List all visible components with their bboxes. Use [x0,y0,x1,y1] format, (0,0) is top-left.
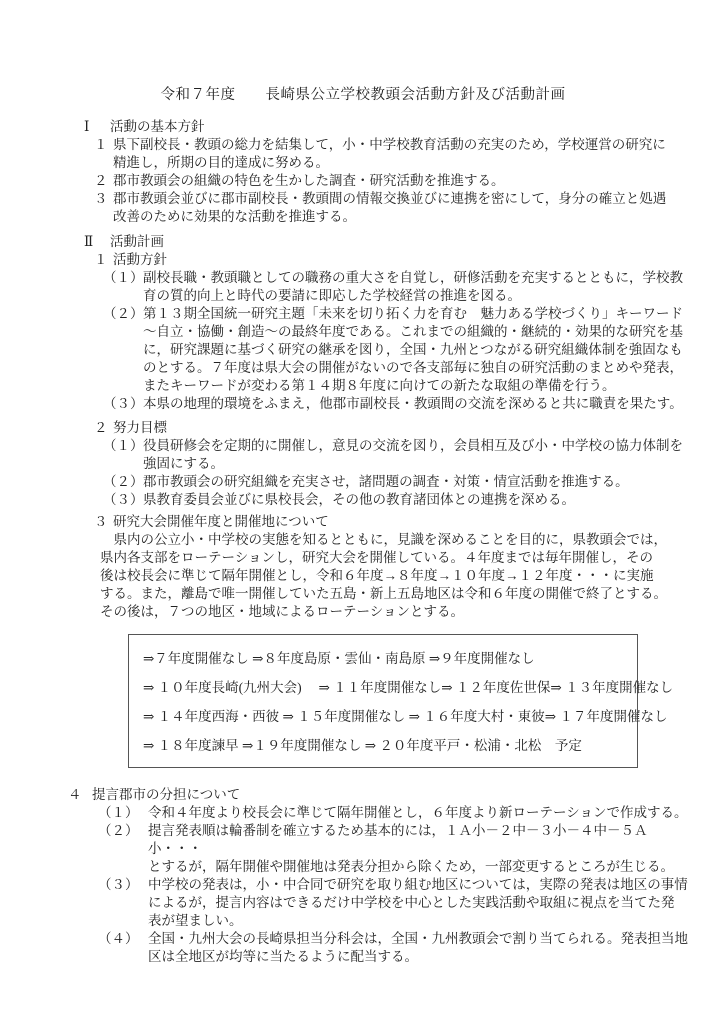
list-item: （１） 役員研修会を定期的に開催し，意見の交流を図り，会員相互及び小・中学校の協… [103,437,688,473]
list-item: （１） 副校長職・教頭職としての職務の重大さを自覚し，研修活動を充実するとともに… [103,269,688,305]
section-number: Ⅰ [84,118,110,136]
item-number: （２） [103,305,143,323]
list-item: ３ 郡市教頭会並びに郡市副校長・教頭間の情報交換並びに連携を密にして，身分の確立… [94,190,688,226]
item-text: 提言発表順は輪番制を確立するため基本的には，１Ａ小－２中－３小－４中－５Ａ小・・… [148,822,688,876]
subsection-heading-row: ３ 研究大会開催年度と開催地について [94,513,688,531]
item-text: 郡市教頭会並びに郡市副校長・教頭間の情報交換並びに連携を密にして，身分の確立と処… [113,190,666,226]
item-number: （１） [103,437,143,455]
item-number: （１） [98,804,148,822]
convention-paragraph: 県内の公立小・中学校の実態を知るとともに，見識を深めることを目的に，県教頭会では… [100,531,688,621]
section-heading-row: Ⅱ 活動計画 [84,233,688,251]
section-number: Ⅱ [84,233,110,251]
item-text: 郡市教頭会の研究組織を充実させ，諸問題の調査・対策・情宣活動を推進する。 [143,473,629,491]
subsection-goals: ２ 努力目標 （１） 役員研修会を定期的に開催し，意見の交流を図り，会員相互及び… [68,419,688,509]
list-item: （１） 令和４年度より校長会に準じて隔年開催とし，６年度より新ローテーションで作… [98,804,688,822]
subsection-number: ２ [94,419,113,437]
item-text: 中学校の発表は，小・中合同で研究を取り組む地区については，実際の発表は地区の事情… [148,876,688,930]
list-item: ２ 郡市教頭会の組織の特色を生かした調査・研究活動を推進する。 [94,172,688,190]
document-page: 令和７年度 長崎県公立学校教頭会活動方針及び活動計画 Ⅰ 活動の基本方針 １ 県… [0,0,724,1024]
item-text: 副校長職・教頭職としての職務の重大さを自覚し，研修活動を充実するとともに，学校教… [143,269,683,305]
item-text: 令和４年度より校長会に準じて隔年開催とし，６年度より新ローテーションで作成する。 [148,804,687,822]
list-item: （２） 郡市教頭会の研究組織を充実させ，諸問題の調査・対策・情宣活動を推進する。 [103,473,688,491]
subsection-heading: 活動方針 [113,251,167,269]
item-number: （２） [98,822,148,840]
list-item: （３） 県教育委員会並びに県校長会，その他の教育諸団体との連携を深める。 [103,491,688,509]
section-number: ４ [68,786,92,804]
subsection-heading-row: ２ 努力目標 [94,419,688,437]
item-number: （３） [103,395,143,413]
item-number: （３） [98,876,148,894]
schedule-line: ⇒７年度開催なし ⇒８年度島原・雲仙・南島原 ⇒９年度開催なし [143,644,627,673]
section-heading: 活動計画 [110,233,164,251]
item-number: （１） [103,269,143,287]
item-text: 本県の地理的環境をふまえ，他郡市副校長・教頭間の交流を深めると共に職責を果たす。 [143,395,683,413]
section-activity-plan: Ⅱ 活動計画 １ 活動方針 （１） 副校長職・教頭職としての職務の重大さを自覚し… [68,233,688,768]
schedule-line: ⇒ １４年度西海・西彼 ⇒ １５年度開催なし ⇒ １６年度大村・東彼⇒ １７年度… [143,702,627,731]
item-number: ２ [94,172,113,190]
item-text: 県教育委員会並びに県校長会，その他の教育諸団体との連携を深める。 [143,491,575,509]
subsection-policy: １ 活動方針 （１） 副校長職・教頭職としての職務の重大さを自覚し，研修活動を充… [68,251,688,413]
subsection-number: ３ [94,513,113,531]
item-text: 郡市教頭会の組織の特色を生かした調査・研究活動を推進する。 [113,172,505,190]
item-number: （４） [98,930,148,948]
list-item: （２） 第１３期全国統一研究主題「未来を切り拓く力を育む 魅力ある学校づくり」キ… [103,305,688,395]
section-heading-row: Ⅰ 活動の基本方針 [84,118,688,136]
item-number: （３） [103,491,143,509]
item-text: 役員研修会を定期的に開催し，意見の交流を図り，会員相互及び小・中学校の協力体制を… [143,437,683,473]
rotation-schedule-box: ⇒７年度開催なし ⇒８年度島原・雲仙・南島原 ⇒９年度開催なし ⇒ １０年度長崎… [128,634,638,768]
section-heading-row: ４ 提言郡市の分担について [68,786,688,804]
subsection-number: １ [94,251,113,269]
list-item: （３） 中学校の発表は，小・中合同で研究を取り組む地区については，実際の発表は地… [98,876,688,930]
section-proposal-assignment: ４ 提言郡市の分担について （１） 令和４年度より校長会に準じて隔年開催とし，６… [68,786,688,966]
item-text: 第１３期全国統一研究主題「未来を切り拓く力を育む 魅力ある学校づくり」キーワード… [143,305,683,395]
item-text: 全国・九州大会の長崎県担当分科会は，全国・九州教頭会で割り当てられる。発表担当地… [148,930,688,966]
list-item: （２） 提言発表順は輪番制を確立するため基本的には，１Ａ小－２中－３小－４中－５… [98,822,688,876]
schedule-line: ⇒ １８年度諫早 ⇒１９年度開催なし ⇒ ２０年度平戸・松浦・北松 予定 [143,731,627,760]
item-number: ３ [94,190,113,208]
schedule-line: ⇒ １０年度長崎(九州大会) ⇒ １１年度開催なし⇒ １２年度佐世保⇒ １３年度… [143,673,627,702]
document-title: 令和７年度 長崎県公立学校教頭会活動方針及び活動計画 [38,84,688,106]
list-item: １ 県下副校長・教頭の総力を結集して，小・中学校教育活動の充実のため，学校運営の… [94,136,688,172]
list-item: （４） 全国・九州大会の長崎県担当分科会は，全国・九州教頭会で割り当てられる。発… [98,930,688,966]
subsection-heading-row: １ 活動方針 [94,251,688,269]
subsection-convention: ３ 研究大会開催年度と開催地について 県内の公立小・中学校の実態を知るとともに，… [68,513,688,768]
subsection-heading: 研究大会開催年度と開催地について [113,513,329,531]
section-basic-policy: Ⅰ 活動の基本方針 １ 県下副校長・教頭の総力を結集して，小・中学校教育活動の充… [68,118,688,226]
section-heading: 活動の基本方針 [110,118,205,136]
item-text: 県下副校長・教頭の総力を結集して，小・中学校教育活動の充実のため，学校運営の研究… [113,136,666,172]
item-number: １ [94,136,113,154]
item-number: （２） [103,473,143,491]
subsection-heading: 努力目標 [113,419,167,437]
list-item: （３） 本県の地理的環境をふまえ，他郡市副校長・教頭間の交流を深めると共に職責を… [103,395,688,413]
section-heading: 提言郡市の分担について [92,786,240,804]
